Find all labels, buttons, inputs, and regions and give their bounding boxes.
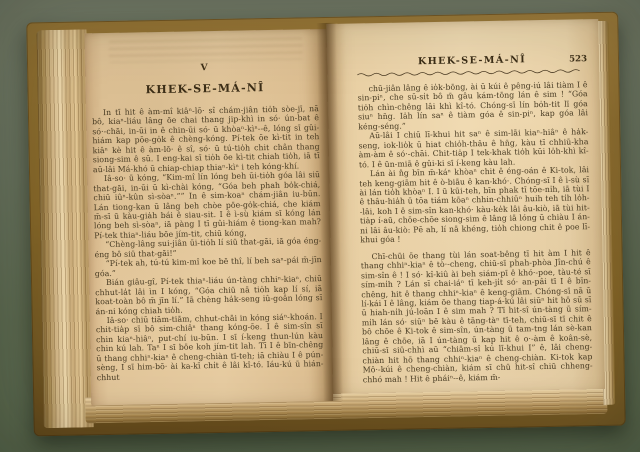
page-number: 523 bbox=[569, 54, 587, 64]
chapter-number: V bbox=[91, 61, 318, 75]
right-page-text-block: KHEK-SE-MÁ-NÎ 523 chū-jiân lâng ê io̍k-b… bbox=[357, 53, 593, 389]
left-paragraph-2: Iâ-so· ū kóng, “Kim-mî lín lóng beh ūi-t… bbox=[93, 170, 321, 240]
book: V KHEK-SE-MÁ-NÎ In tī hit ê àm-mî kiâⁿ-l… bbox=[26, 12, 625, 437]
left-paragraph-6: Iâ-so· chiū tiām-tiām, chhut-chāi in kón… bbox=[96, 312, 324, 382]
right-paragraph-4: Chī-chūi ōe thang tùi lán soat-bêng tī h… bbox=[361, 248, 593, 385]
running-header-title: KHEK-SE-MÁ-NÎ bbox=[357, 53, 587, 68]
left-paragraph-5: Bián giâu-gî, Pí-tek thiaⁿ-liáu ún-tàng … bbox=[95, 274, 323, 316]
left-paragraph-1: In tī hit ê àm-mî kiâⁿ-lō· sî chám-jiân … bbox=[92, 104, 320, 174]
right-page: KHEK-SE-MÁ-NÎ 523 chū-jiân lâng ê io̍k-b… bbox=[326, 19, 605, 394]
chapter-title: KHEK-SE-MÁ-NÎ bbox=[91, 80, 318, 97]
right-paragraph-1: chū-jiân lâng ê io̍k-bōng, ài ū kúi ê pê… bbox=[357, 80, 588, 131]
left-page: V KHEK-SE-MÁ-NÎ In tī hit ê àm-mî kiâⁿ-l… bbox=[84, 29, 333, 405]
photo-background: V KHEK-SE-MÁ-NÎ In tī hit ê àm-mî kiâⁿ-l… bbox=[0, 0, 640, 452]
page-showthrough bbox=[109, 37, 303, 63]
right-paragraph-2: Aū-lâi I chiū lī-khui hit saⁿ ê sim-lāi … bbox=[358, 127, 589, 169]
right-paragraph-3: Lán ài n̂g bīn m̄-káⁿ khòaⁿ chit ê éng-o… bbox=[359, 165, 590, 245]
left-page-text-block: V KHEK-SE-MÁ-NÎ In tī hit ê àm-mî kiâⁿ-l… bbox=[91, 61, 324, 401]
